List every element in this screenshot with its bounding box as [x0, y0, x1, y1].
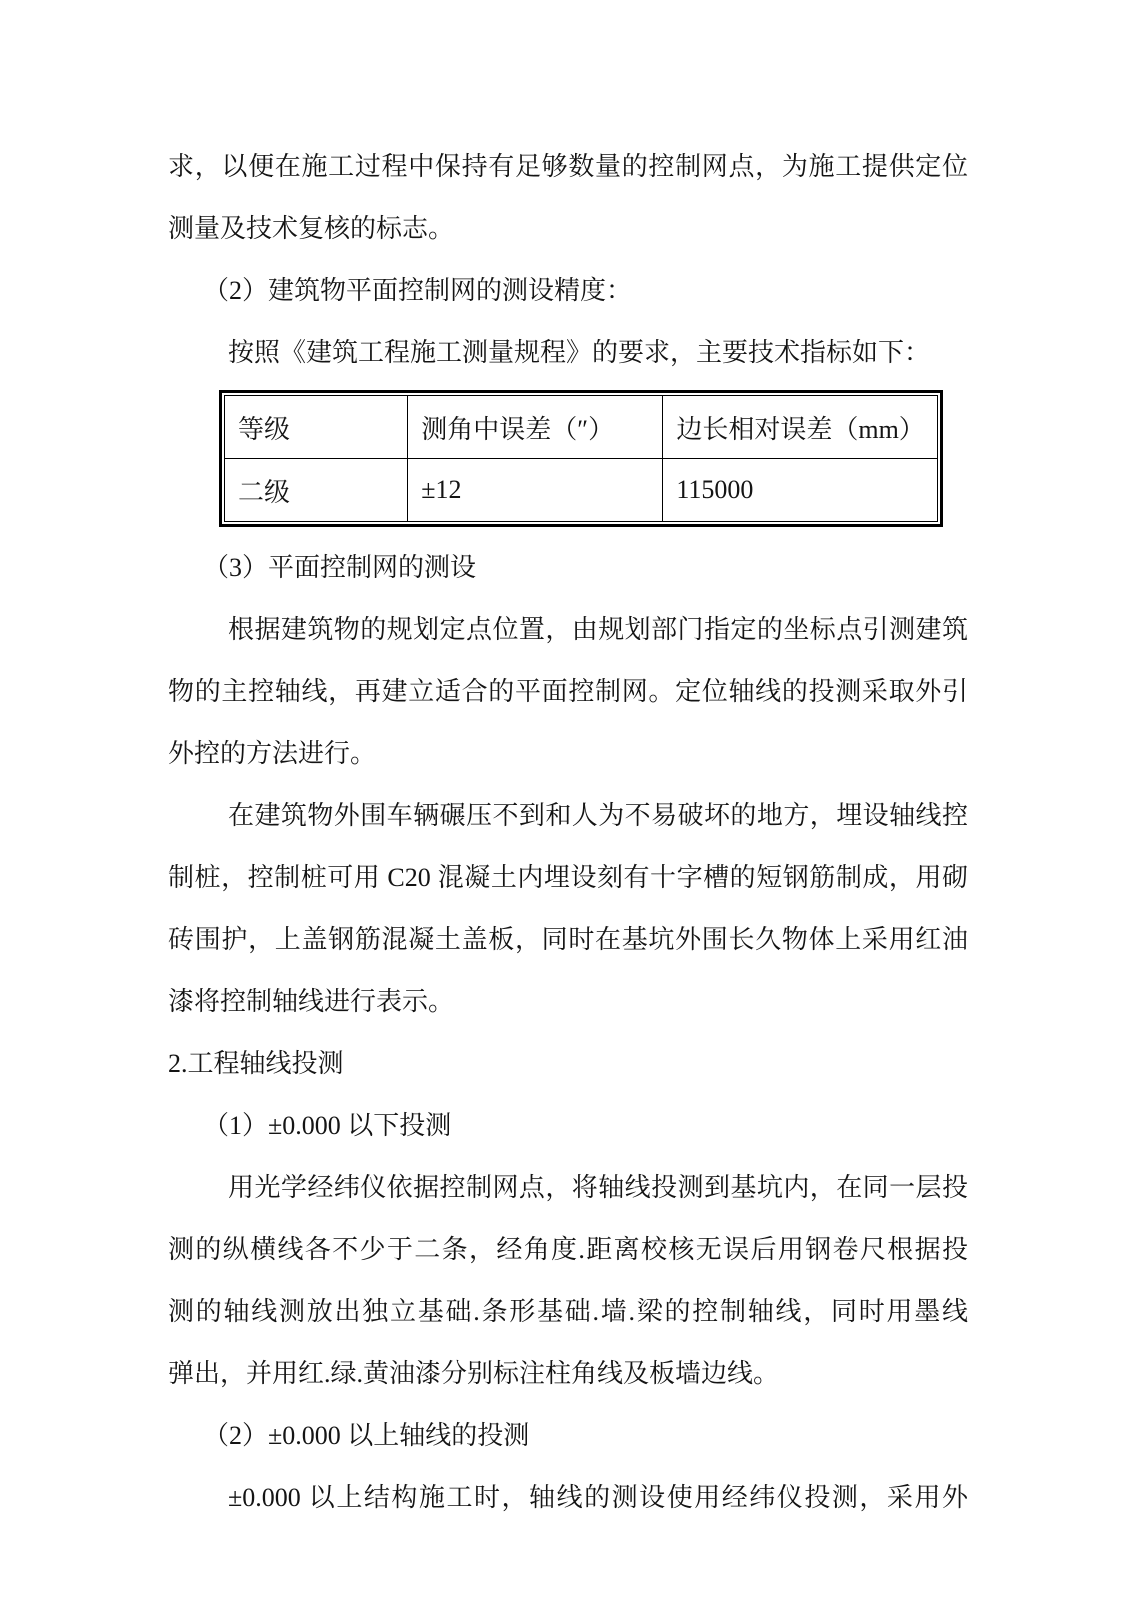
text-line: （2）建筑物平面控制网的测设精度：: [168, 260, 968, 322]
text-line: 求，以便在施工过程中保持有足够数量的控制网点，为施工提供定位: [168, 136, 968, 198]
text-line: 测的纵横线各不少于二条，经角度.距离校核无误后用钢卷尺根据投: [168, 1219, 968, 1281]
text-line: （2）±0.000 以上轴线的投测: [168, 1405, 968, 1467]
table-header-cell-angle-error: 测角中误差（″）: [408, 396, 663, 459]
text-line: 根据建筑物的规划定点位置，由规划部门指定的坐标点引测建筑: [168, 599, 968, 661]
table-header-cell-grade: 等级: [225, 396, 408, 459]
text-line: 测的轴线测放出独立基础.条形基础.墙.梁的控制轴线，同时用墨线: [168, 1281, 968, 1343]
text-line: 漆将控制轴线进行表示。: [168, 971, 968, 1033]
text-line: 测量及技术复核的标志。: [168, 198, 968, 260]
paragraph-block-before-table: 求，以便在施工过程中保持有足够数量的控制网点，为施工提供定位测量及技术复核的标志…: [168, 136, 968, 384]
text-line: ±0.000 以上结构施工时，轴线的测设使用经纬仪投测，采用外: [168, 1467, 968, 1529]
text-line: 用光学经纬仪依据控制网点，将轴线投测到基坑内，在同一层投: [168, 1157, 968, 1219]
text-line: 外控的方法进行。: [168, 723, 968, 785]
table-header-row: 等级 测角中误差（″） 边长相对误差（mm）: [225, 396, 938, 459]
table-cell-angle-error: ±12: [408, 459, 663, 522]
table-row: 二级 ±12 115000: [225, 459, 938, 522]
paragraph-block-after-table: （3）平面控制网的测设根据建筑物的规划定点位置，由规划部门指定的坐标点引测建筑物…: [168, 537, 968, 1529]
text-line: 制桩，控制桩可用 C20 混凝土内埋设刻有十字槽的短钢筋制成，用砌: [168, 847, 968, 909]
text-line: 砖围护，上盖钢筋混凝土盖板，同时在基坑外围长久物体上采用红油: [168, 909, 968, 971]
precision-table-frame: 等级 测角中误差（″） 边长相对误差（mm） 二级 ±12 115000: [219, 390, 943, 527]
text-line: （3）平面控制网的测设: [168, 537, 968, 599]
document-page: 求，以便在施工过程中保持有足够数量的控制网点，为施工提供定位测量及技术复核的标志…: [0, 0, 1131, 1600]
text-line: 2.工程轴线投测: [168, 1033, 968, 1095]
table-cell-grade: 二级: [225, 459, 408, 522]
precision-table: 等级 测角中误差（″） 边长相对误差（mm） 二级 ±12 115000: [224, 395, 938, 522]
text-line: （1）±0.000 以下投测: [168, 1095, 968, 1157]
text-line: 按照《建筑工程施工测量规程》的要求，主要技术指标如下：: [168, 322, 968, 384]
text-line: 在建筑物外围车辆碾压不到和人为不易破坏的地方，埋设轴线控: [168, 785, 968, 847]
table-header-cell-length-error: 边长相对误差（mm）: [663, 396, 938, 459]
text-line: 弹出，并用红.绿.黄油漆分别标注柱角线及板墙边线。: [168, 1343, 968, 1405]
document-body: 求，以便在施工过程中保持有足够数量的控制网点，为施工提供定位测量及技术复核的标志…: [168, 136, 968, 1529]
table-cell-length-error: 115000: [663, 459, 938, 522]
text-line: 物的主控轴线，再建立适合的平面控制网。定位轴线的投测采取外引: [168, 661, 968, 723]
